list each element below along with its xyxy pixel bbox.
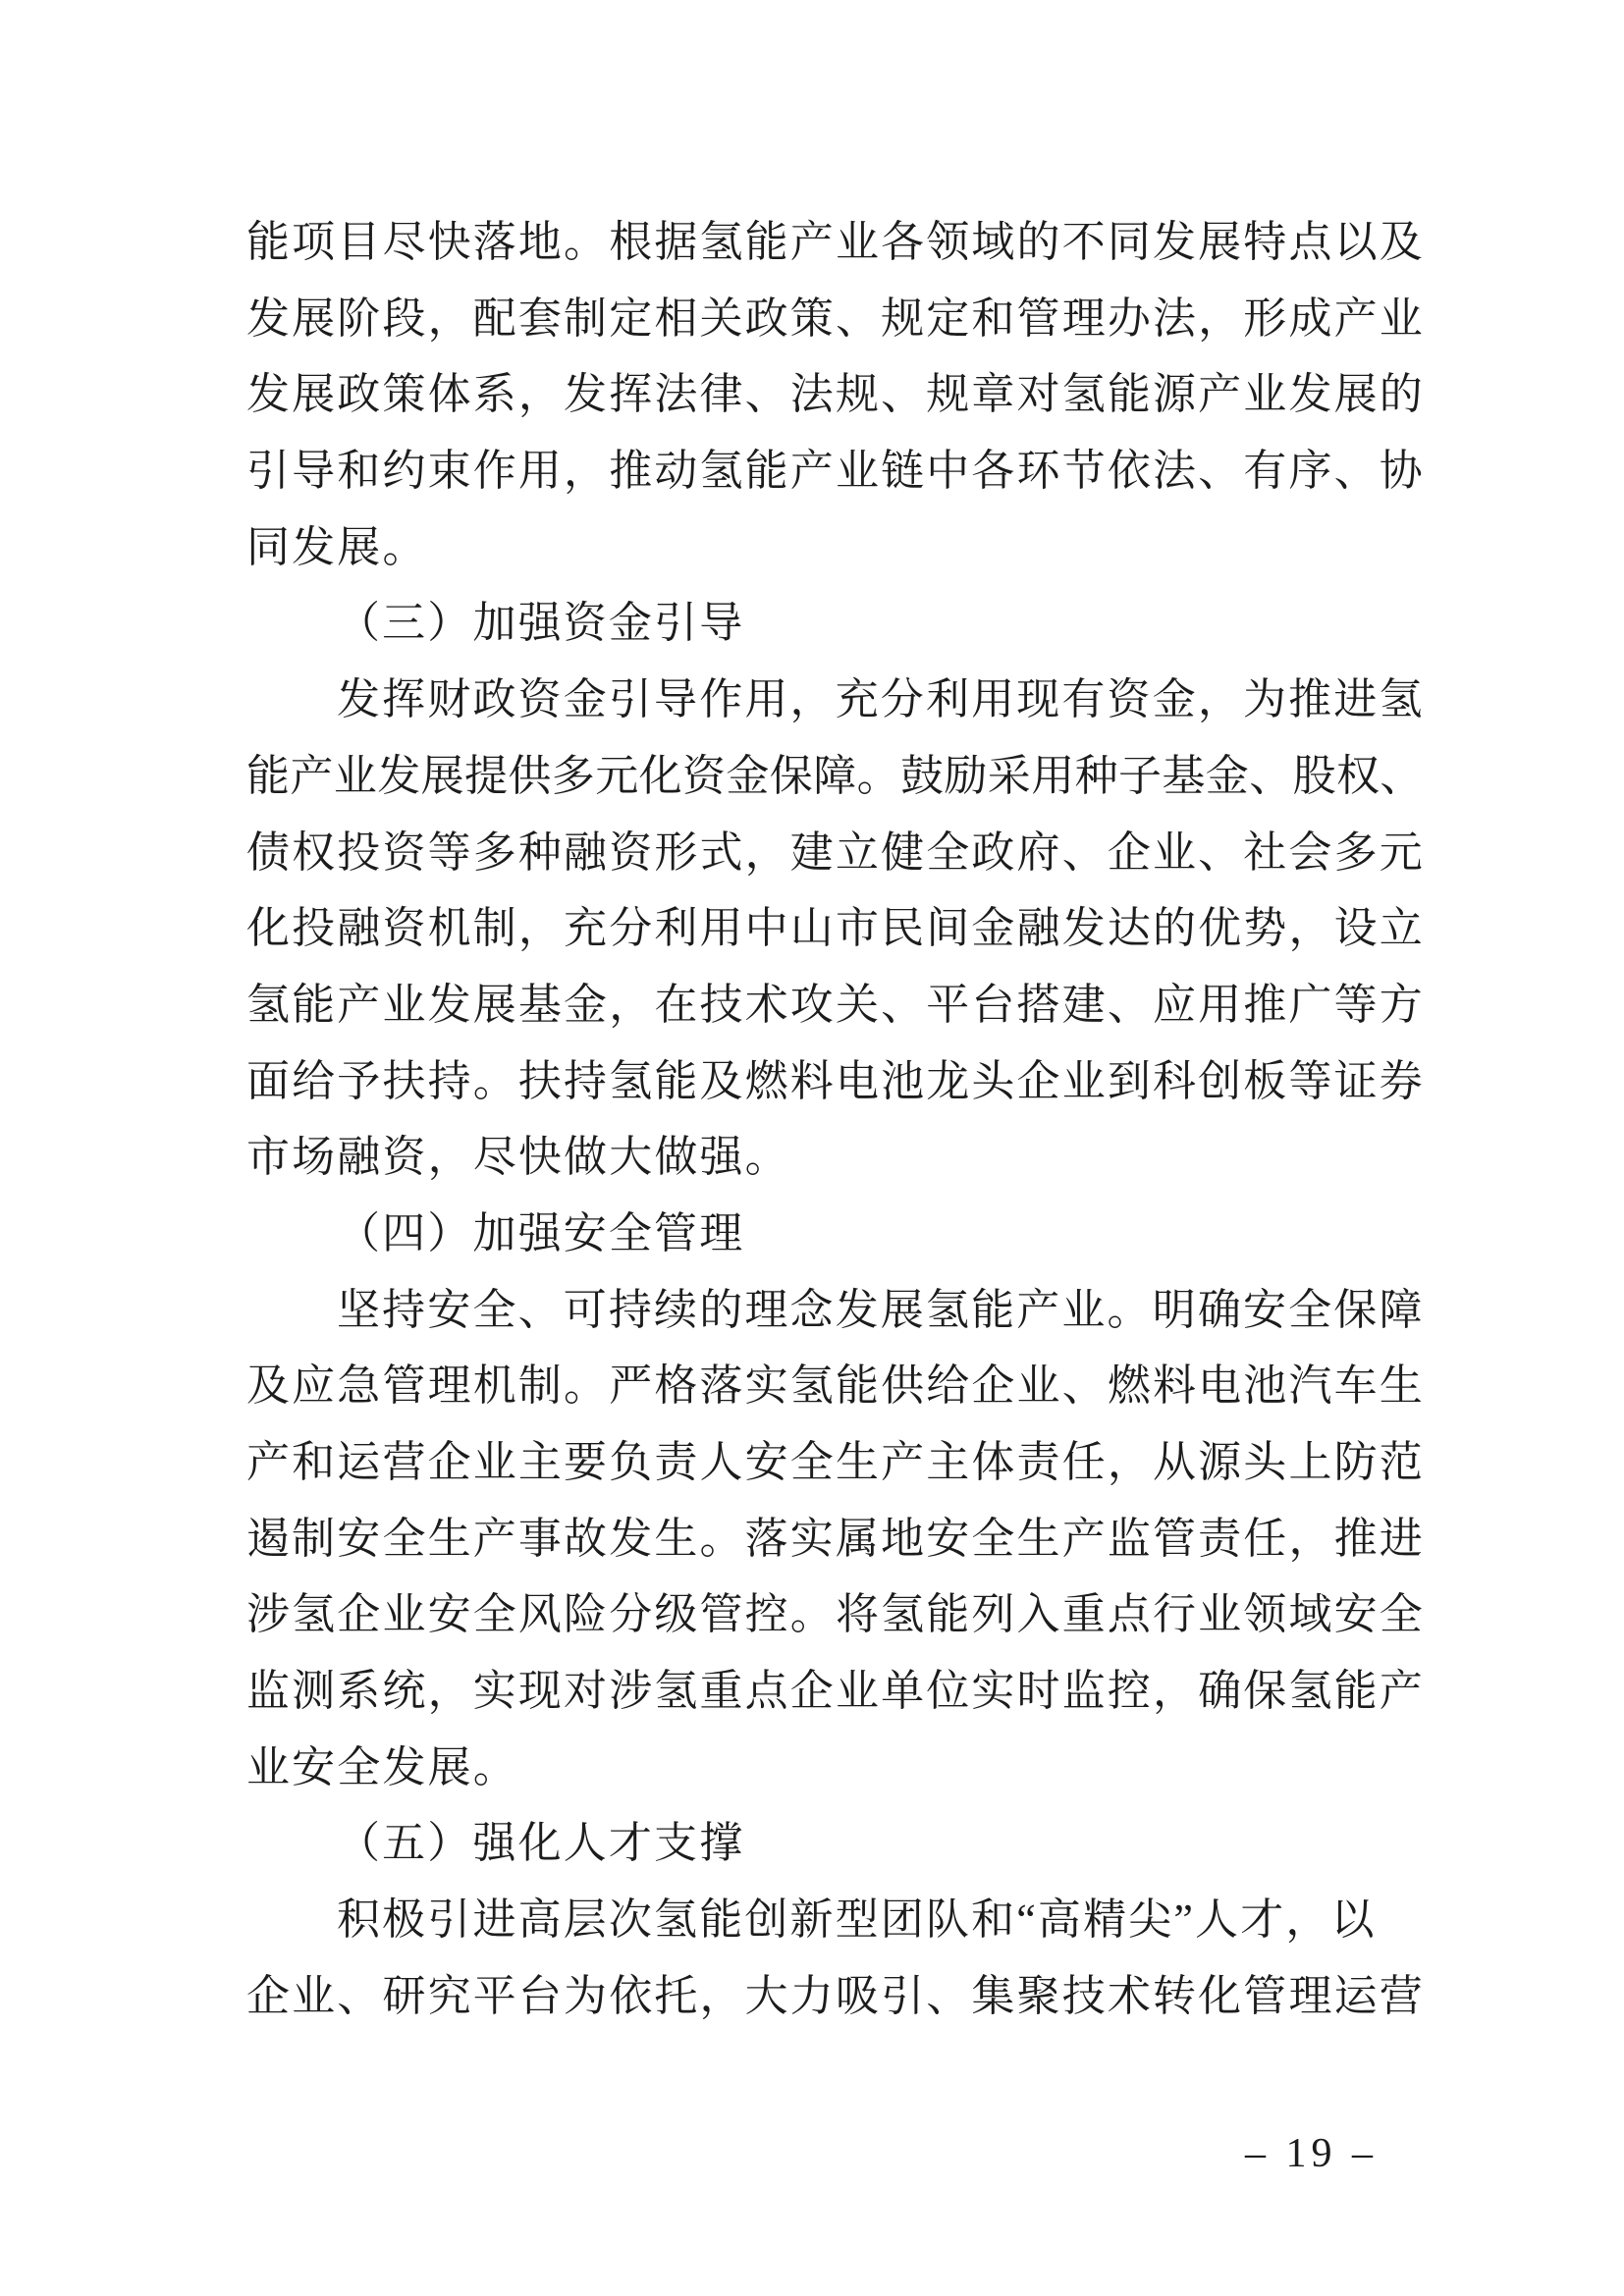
section-heading: （五）强化人才支撑: [246, 1805, 1425, 1882]
text-line: 能产业发展提供多元化资金保障。鼓励采用种子基金、股权、: [246, 738, 1425, 815]
text-line: 企业、研究平台为依托，大力吸引、集聚技术转化管理运营: [246, 1958, 1425, 2035]
text-line: 监测系统，实现对涉氢重点企业单位实时监控，确保氢能产: [246, 1653, 1425, 1730]
text-line: 产和运营企业主要负责人安全生产主体责任，从源头上防范: [246, 1424, 1425, 1501]
text-line: 引导和约束作用，推动氢能产业链中各环节依法、有序、协: [246, 433, 1425, 509]
text-line: 发展阶段，配套制定相关政策、规定和管理办法，形成产业: [246, 281, 1425, 357]
text-line: 发展政策体系，发挥法律、法规、规章对氢能源产业发展的: [246, 356, 1425, 433]
text-line: 遏制安全生产事故发生。落实属地安全生产监管责任，推进: [246, 1501, 1425, 1577]
page-number: – 19 –: [1245, 2130, 1378, 2177]
section-heading: （四）加强安全管理: [246, 1196, 1425, 1272]
text-line: 发挥财政资金引导作用，充分利用现有资金，为推进氢: [246, 662, 1425, 738]
section-heading: （三）加强资金引导: [246, 585, 1425, 662]
text-line: 涉氢企业安全风险分级管控。将氢能列入重点行业领域安全: [246, 1576, 1425, 1653]
text-line: 氢能产业发展基金，在技术攻关、平台搭建、应用推广等方: [246, 967, 1425, 1043]
text-line: 及应急管理机制。严格落实氢能供给企业、燃料电池汽车生: [246, 1348, 1425, 1424]
document-page: 能项目尽快落地。根据氢能产业各领域的不同发展特点以及 发展阶段，配套制定相关政策…: [0, 0, 1624, 2296]
text-line: 面给予扶持。扶持氢能及燃料电池龙头企业到科创板等证券: [246, 1043, 1425, 1120]
text-line: 业安全发展。: [246, 1730, 1425, 1806]
text-line: 化投融资机制，充分利用中山市民间金融发达的优势，设立: [246, 890, 1425, 967]
text-line: 市场融资，尽快做大做强。: [246, 1119, 1425, 1196]
text-line: 能项目尽快落地。根据氢能产业各领域的不同发展特点以及: [246, 204, 1425, 281]
text-block: 能项目尽快落地。根据氢能产业各领域的不同发展特点以及 发展阶段，配套制定相关政策…: [246, 204, 1425, 2035]
text-line: 坚持安全、可持续的理念发展氢能产业。明确安全保障: [246, 1272, 1425, 1349]
text-line: 积极引进高层次氢能创新型团队和“高精尖”人才，以: [246, 1882, 1425, 1958]
text-line: 债权投资等多种融资形式，建立健全政府、企业、社会多元: [246, 815, 1425, 891]
text-line: 同发展。: [246, 509, 1425, 586]
